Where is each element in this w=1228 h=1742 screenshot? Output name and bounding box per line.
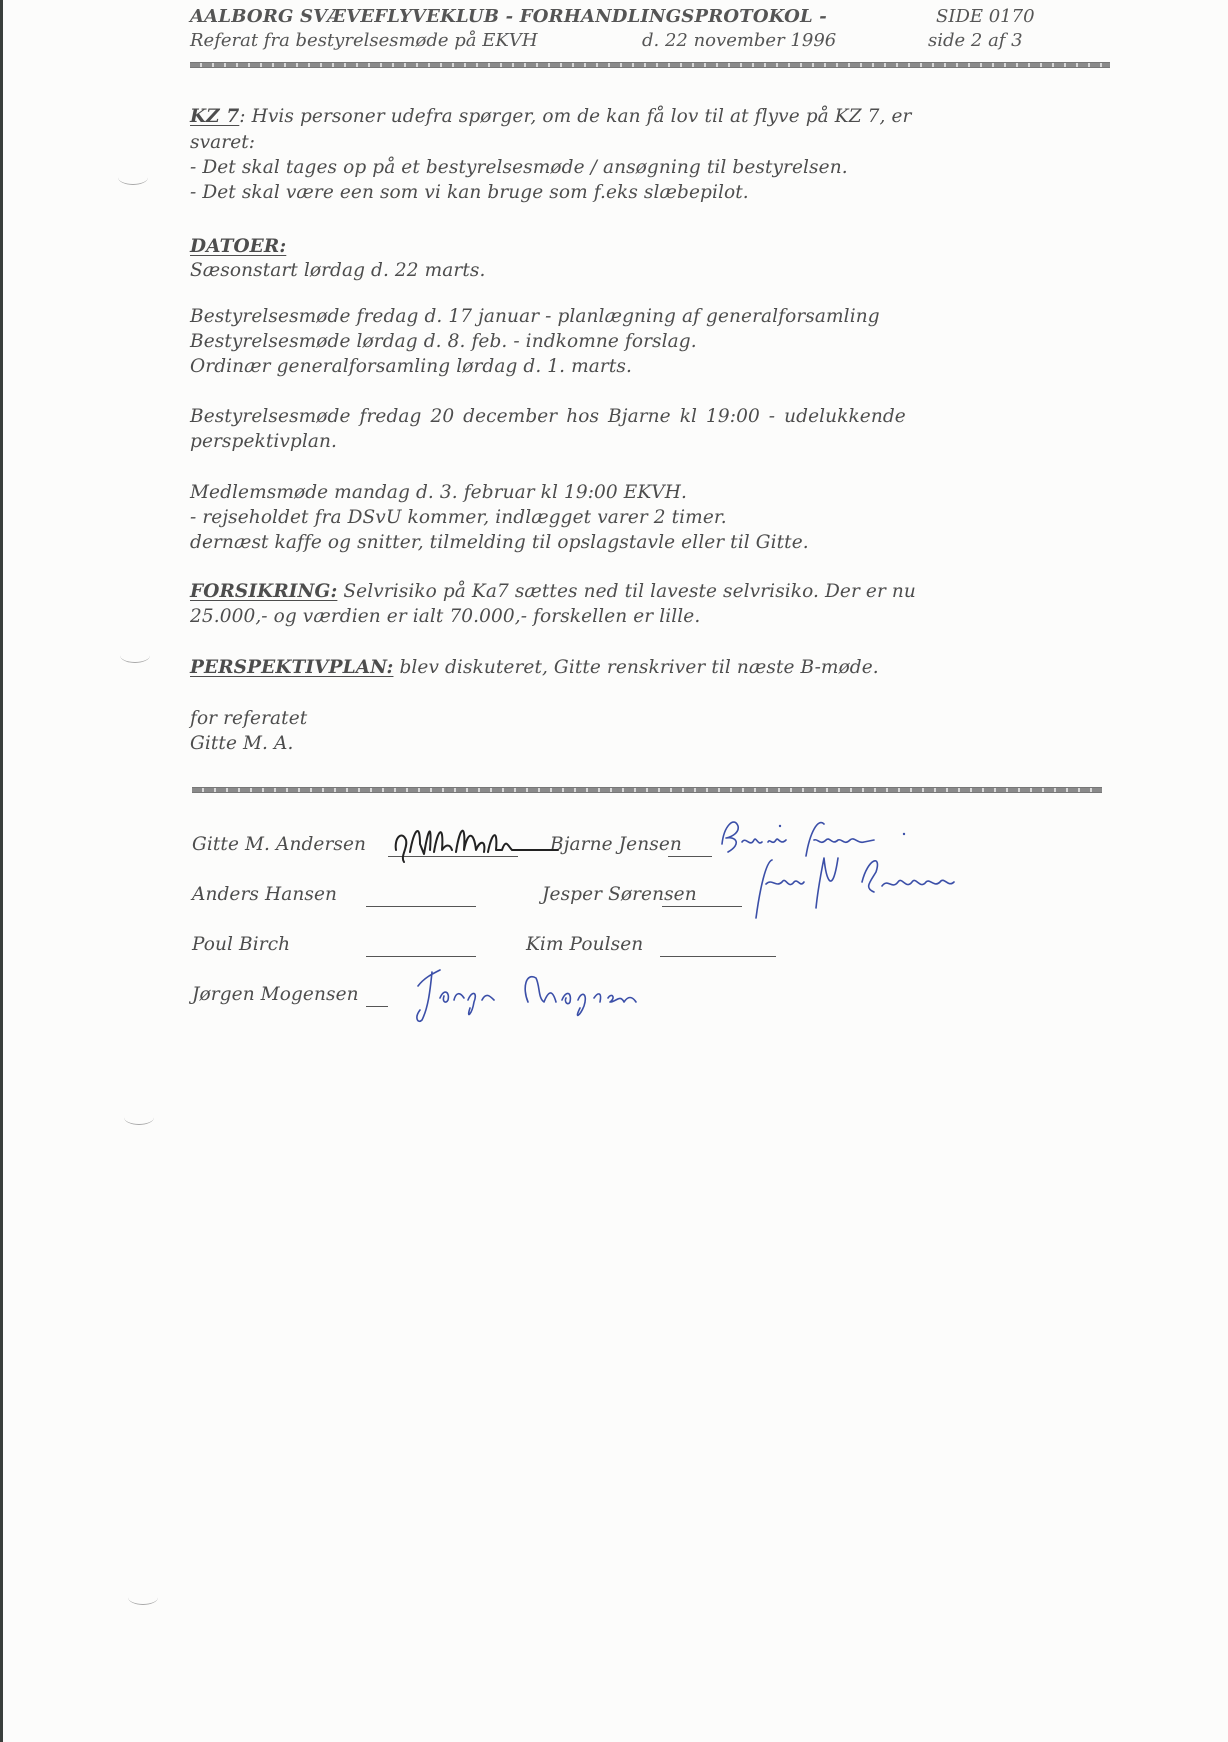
signature-line [662, 906, 742, 907]
forsikring-line1: Selvrisiko på Ka7 sættes ned til laveste… [337, 581, 916, 602]
member-meeting-detail2: dernæst kaffe og snitter, tilmelding til… [190, 532, 809, 553]
header-divider [190, 62, 1110, 68]
perspektivplan-text: blev diskuteret, Gitte renskriver til næ… [393, 657, 878, 678]
signer-name: Jesper Sørensen [542, 884, 697, 905]
meeting-dec-line2: perspektivplan. [190, 431, 337, 452]
kz7-paragraph: KZ 7: Hvis personer udefra spørger, om d… [190, 106, 911, 127]
meeting-feb: Bestyrelsesmøde lørdag d. 8. feb. - indk… [190, 331, 697, 352]
punch-hole-mark [124, 1110, 154, 1125]
handwritten-signature-jorgen [410, 958, 690, 1028]
signature-line [668, 856, 712, 857]
kz7-line2: svaret: [190, 132, 255, 153]
handwritten-signature-jesper [742, 848, 1022, 928]
closing-line1: for referatet [190, 708, 307, 729]
kz7-line1: : Hvis personer udefra spørger, om de ka… [239, 106, 911, 127]
signature-line [660, 956, 776, 957]
signer-name: Anders Hansen [192, 884, 337, 905]
signer-name: Bjarne Jensen [550, 834, 682, 855]
season-start: Sæsonstart lørdag d. 22 marts. [190, 260, 485, 281]
kz7-label: KZ 7 [190, 106, 239, 127]
punch-hole-mark [118, 170, 148, 185]
datoer-heading: DATOER: [190, 236, 286, 257]
signer-name: Poul Birch [192, 934, 290, 955]
punch-hole-mark [120, 648, 150, 663]
signer-name: Gitte M. Andersen [192, 834, 366, 855]
member-meeting-detail1: - rejseholdet fra DSvU kommer, indlægget… [190, 507, 727, 528]
signature-divider [192, 787, 1102, 793]
signer-name: Kim Poulsen [526, 934, 643, 955]
page-count: side 2 af 3 [928, 30, 1023, 51]
forsikring-label: FORSIKRING: [190, 581, 337, 602]
handwritten-signature-gitte [390, 810, 560, 870]
meeting-jan: Bestyrelsesmøde fredag d. 17 januar - pl… [190, 306, 880, 327]
protocol-title: AALBORG SVÆVEFLYVEKLUB - FORHANDLINGSPRO… [190, 6, 827, 27]
signature-line [366, 956, 476, 957]
meeting-dec-line1: Bestyrelsesmøde fredag 20 december hos B… [190, 406, 906, 427]
closing-author: Gitte M. A. [190, 733, 293, 754]
meeting-date: d. 22 november 1996 [642, 30, 836, 51]
forsikring-line2: 25.000,- og værdien er ialt 70.000,- for… [190, 606, 700, 627]
punch-hole-mark [128, 1590, 158, 1605]
kz7-line3: - Det skal tages op på et bestyrelsesmød… [190, 157, 848, 178]
member-meeting: Medlemsmøde mandag d. 3. februar kl 19:0… [190, 482, 687, 503]
perspektivplan-paragraph: PERSPEKTIVPLAN: blev diskuteret, Gitte r… [190, 657, 879, 678]
signer-name: Jørgen Mogensen [192, 984, 359, 1005]
scan-edge [0, 0, 3, 1742]
kz7-line4: - Det skal være een som vi kan bruge som… [190, 182, 749, 203]
signature-line [366, 1006, 388, 1007]
signature-line [366, 906, 476, 907]
meeting-subtitle: Referat fra bestyrelsesmøde på EKVH [190, 30, 538, 51]
perspektivplan-label: PERSPEKTIVPLAN: [190, 657, 393, 678]
page-id: SIDE 0170 [936, 6, 1035, 27]
general-assembly: Ordinær generalforsamling lørdag d. 1. m… [190, 356, 632, 377]
forsikring-paragraph: FORSIKRING: Selvrisiko på Ka7 sættes ned… [190, 581, 916, 602]
